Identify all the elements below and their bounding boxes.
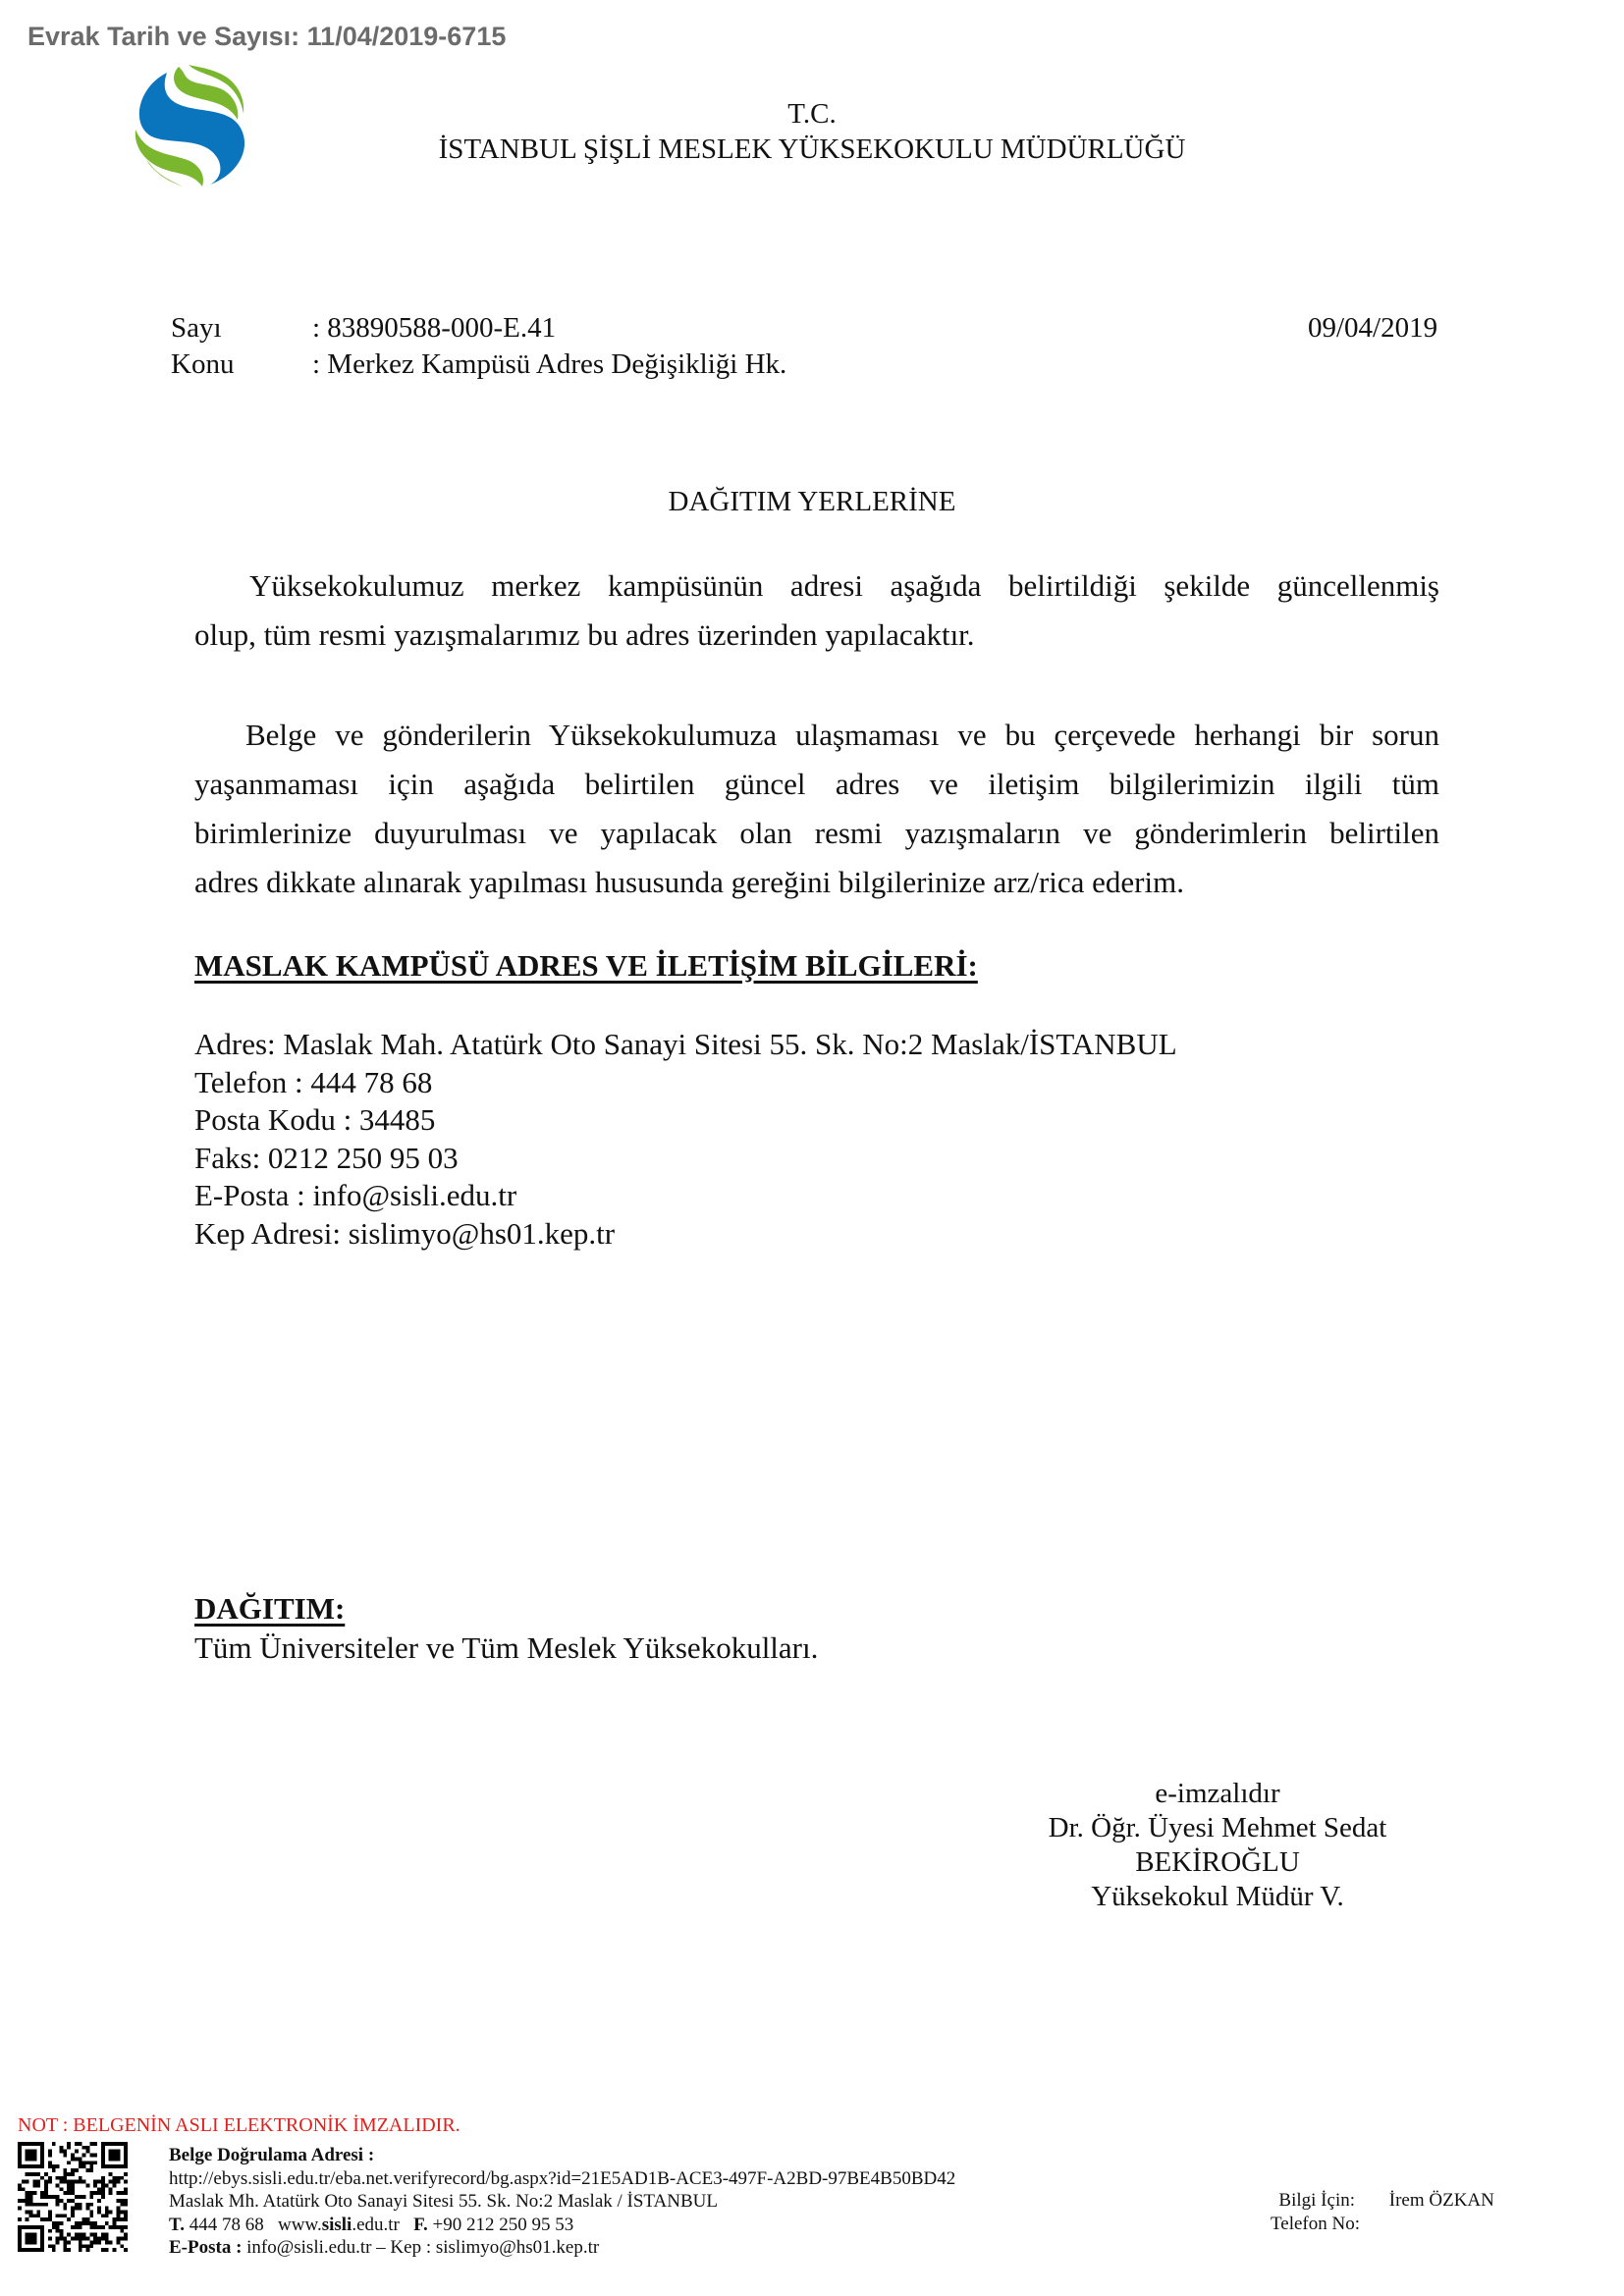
paragraph-1: Yüksekokulumuz merkez kampüsünün adresi …	[194, 561, 1439, 660]
contact-fax: Faks: 0212 250 95 03	[194, 1140, 1177, 1178]
contact-address: Adres: Maslak Mah. Atatürk Oto Sanayi Si…	[194, 1026, 1177, 1064]
info-contact: Bilgi İçin: İrem ÖZKAN Telefon No:	[1276, 2189, 1494, 2235]
paragraph-line: Belge ve gönderilerin Yüksekokulumuza ul…	[194, 711, 1439, 760]
header-tc: T.C.	[0, 98, 1624, 131]
footer-email[interactable]: info@sisli.edu.tr – Kep : sislimyo@hs01.…	[246, 2237, 599, 2258]
bilgi-label: Bilgi İçin:	[1276, 2189, 1355, 2213]
footer-phone-label: T.	[169, 2215, 185, 2235]
footer-fax: +90 212 250 95 53	[433, 2215, 574, 2235]
qr-code-icon[interactable]	[18, 2142, 128, 2252]
institution-title: İSTANBUL ŞİŞLİ MESLEK YÜKSEKOKULU MÜDÜRL…	[0, 133, 1624, 166]
bilgi-value: İrem ÖZKAN	[1389, 2189, 1494, 2213]
distribution-text: Tüm Üniversiteler ve Tüm Meslek Yüksekok…	[194, 1630, 818, 1666]
paragraph-line: Yüksekokulumuz merkez kampüsünün adresi …	[194, 561, 1439, 611]
verify-label: Belge Doğrulama Adresi :	[169, 2145, 374, 2165]
paragraph-line: yaşanmaması için aşağıda belirtilen günc…	[194, 760, 1439, 809]
e-signed-label: e-imzalıdır	[982, 1777, 1453, 1811]
document-date: 09/04/2019	[1308, 312, 1437, 345]
footer-web-link[interactable]: www.sisli.edu.tr	[278, 2215, 400, 2235]
telefon-label: Telefon No:	[1271, 2213, 1349, 2236]
footer-address: Maslak Mh. Atatürk Oto Sanayi Sitesi 55.…	[169, 2190, 955, 2214]
contact-email: E-Posta : info@sisli.edu.tr	[194, 1177, 1177, 1215]
konu-label: Konu	[171, 348, 234, 381]
footer-email-label: E-Posta :	[169, 2237, 242, 2258]
footer-fax-label: F.	[413, 2215, 428, 2235]
signature-block: e-imzalıdır Dr. Öğr. Üyesi Mehmet Sedat …	[982, 1777, 1453, 1914]
footer-info: Belge Doğrulama Adresi : http://ebys.sis…	[169, 2144, 955, 2260]
electronic-signature-note: NOT : BELGENİN ASLI ELEKTRONİK İMZALIDIR…	[18, 2114, 460, 2137]
paragraph-line: birimlerinize duyurulması ve yapılacak o…	[194, 809, 1439, 858]
contact-heading: MASLAK KAMPÜSÜ ADRES VE İLETİŞİM BİLGİLE…	[194, 948, 978, 984]
contact-kep: Kep Adresi: sislimyo@hs01.kep.tr	[194, 1215, 1177, 1254]
contact-phone: Telefon : 444 78 68	[194, 1064, 1177, 1102]
sayi-value: : 83890588-000-E.41	[312, 312, 556, 345]
signer-position: Yüksekokul Müdür V.	[982, 1880, 1453, 1914]
sayi-label: Sayı	[171, 312, 222, 345]
paragraph-line: adres dikkate alınarak yapılması hususun…	[194, 858, 1439, 907]
verify-url[interactable]: http://ebys.sisli.edu.tr/eba.net.verifyr…	[169, 2167, 955, 2191]
signer-title-name: Dr. Öğr. Üyesi Mehmet Sedat	[982, 1811, 1453, 1845]
distribution-heading: DAĞITIM:	[194, 1591, 345, 1627]
contact-block: Adres: Maslak Mah. Atatürk Oto Sanayi Si…	[194, 1026, 1177, 1253]
paragraph-line: olup, tüm resmi yazışmalarımız bu adres …	[194, 611, 1439, 660]
recipient: DAĞITIM YERLERİNE	[0, 486, 1624, 518]
footer-phone: 444 78 68	[189, 2215, 264, 2235]
document-stamp: Evrak Tarih ve Sayısı: 11/04/2019-6715	[27, 22, 506, 52]
contact-postal-code: Posta Kodu : 34485	[194, 1101, 1177, 1140]
konu-value: : Merkez Kampüsü Adres Değişikliği Hk.	[312, 348, 786, 381]
paragraph-2: Belge ve gönderilerin Yüksekokulumuza ul…	[194, 711, 1439, 907]
signer-surname: BEKİROĞLU	[982, 1845, 1453, 1880]
